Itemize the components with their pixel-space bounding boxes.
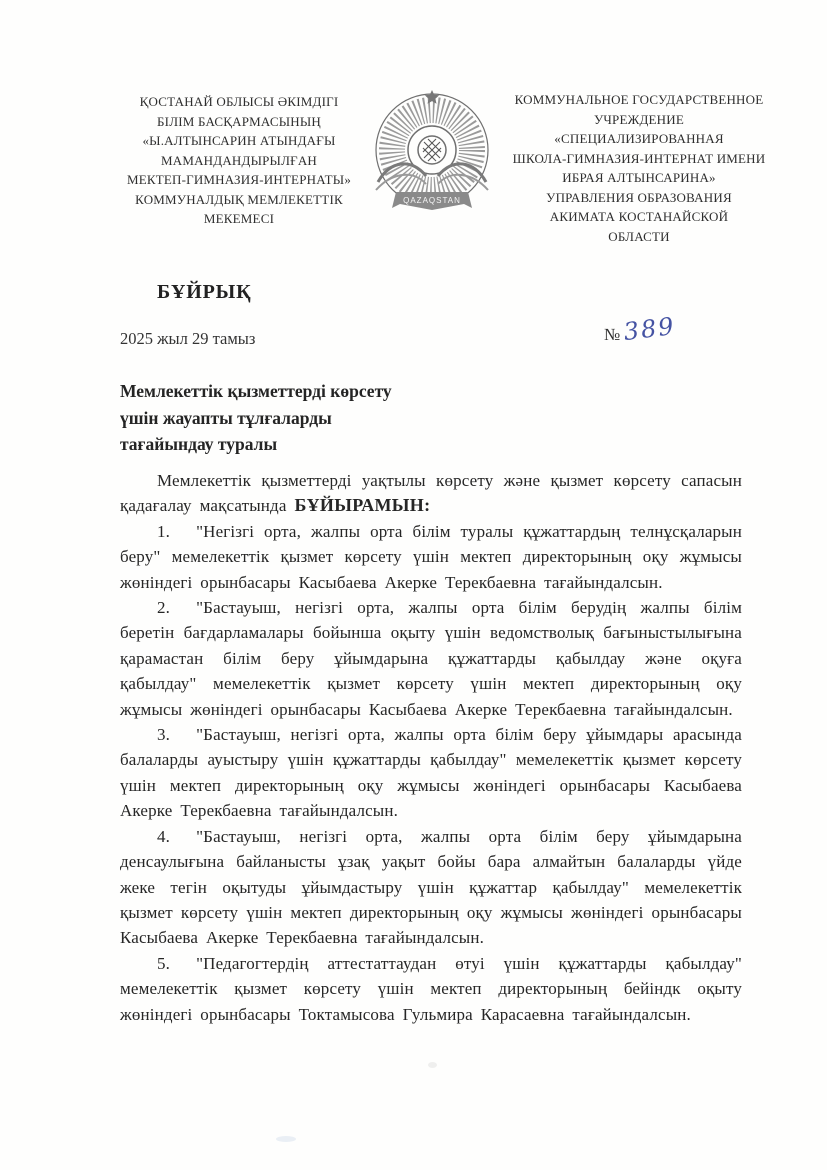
item-text: "Бастауыш, негізгі орта, жалпы орта білі… [120,827,742,948]
emblem-shanyrak [423,139,441,161]
org-line: ОБЛАСТИ [478,227,800,247]
document-body: Мемлекеттік қызметтерді уақтылы көрсету … [120,468,742,1027]
intro-paragraph: Мемлекеттік қызметтерді уақтылы көрсету … [120,468,742,519]
document-number: № 389 [604,318,676,346]
item-text: "Педагогтердің аттестаттаудан өтуі үшін … [120,954,742,1024]
item-number: 5. [157,954,196,973]
item-text: "Бастауыш, негізгі орта, жалпы орта білі… [120,598,742,719]
item-text: "Негізгі орта, жалпы орта білім туралы қ… [120,522,742,592]
org-line: КОММУНАЛЬНОЕ ГОСУДАРСТВЕННОЕ [478,90,800,110]
item-number: 4. [157,827,196,846]
org-line: УПРАВЛЕНИЯ ОБРАЗОВАНИЯ [478,188,800,208]
subject-line: Мемлекеттік қызметтерді көрсету [120,378,520,405]
document-title: БҰЙРЫҚ [157,281,251,304]
order-item-1: 1."Негізгі орта, жалпы орта білім туралы… [120,519,742,595]
emblem-banner-text: QAZAQSTAN [403,196,461,205]
emblem-wings [376,164,488,190]
item-text: "Бастауыш, негізгі орта, жалпы орта білі… [120,725,742,820]
org-line: КОММУНАЛДЫҚ МЕМЛЕКЕТТІК [106,190,372,210]
scan-artifact-speck [428,1062,437,1068]
kazakhstan-coat-of-arms-icon: QAZAQSTAN [370,86,494,224]
handwritten-order-number: 389 [623,312,678,346]
item-number: 1. [157,522,196,541]
org-line: МЕКЕМЕСІ [106,209,372,229]
number-sign: № [604,325,620,344]
subject-line: тағайындау туралы [120,431,520,458]
org-line: ШКОЛА-ГИМНАЗИЯ-ИНТЕРНАТ ИМЕНИ [478,149,800,169]
intro-text: Мемлекеттік қызметтерді уақтылы көрсету … [120,471,742,515]
emblem-graphic: QAZAQSTAN [370,86,494,224]
org-name-kazakh: ҚОСТАНАЙ ОБЛЫСЫ ӘКІМДІГІ БІЛІМ БАСҚАРМАС… [106,92,372,229]
org-line: «Ы.АЛТЫНСАРИН АТЫНДАҒЫ [106,131,372,151]
org-line: ҚОСТАНАЙ ОБЛЫСЫ ӘКІМДІГІ [106,92,372,112]
org-line: МАМАНДАНДЫРЫЛҒАН [106,151,372,171]
document-date: 2025 жыл 29 тамыз [120,329,255,349]
org-line: АКИМАТА КОСТАНАЙСКОЙ [478,207,800,227]
org-line: МЕКТЕП-ГИМНАЗИЯ-ИНТЕРНАТЫ» [106,170,372,190]
org-line: «СПЕЦИАЛИЗИРОВАННАЯ [478,129,800,149]
scanned-order-document: ҚОСТАНАЙ ОБЛЫСЫ ӘКІМДІГІ БІЛІМ БАСҚАРМАС… [0,0,827,1170]
org-name-russian: КОММУНАЛЬНОЕ ГОСУДАРСТВЕННОЕ УЧРЕЖДЕНИЕ … [478,90,800,246]
document-subject: Мемлекеттік қызметтерді көрсету үшін жау… [120,378,520,458]
subject-line: үшін жауапты тұлғаларды [120,405,520,432]
emblem-star [425,90,439,104]
order-item-2: 2."Бастауыш, негізгі орта, жалпы орта бі… [120,595,742,722]
intro-resolve-word: БҰЙЫРАМЫН: [294,495,430,515]
item-number: 3. [157,725,196,744]
item-number: 2. [157,598,196,617]
order-item-4: 4."Бастауыш, негізгі орта, жалпы орта бі… [120,824,742,951]
scan-artifact-smudge [276,1136,296,1142]
org-line: ИБРАЯ АЛТЫНСАРИНА» [478,168,800,188]
order-item-5: 5."Педагогтердің аттестаттаудан өтуі үші… [120,951,742,1027]
org-line: БІЛІМ БАСҚАРМАСЫНЫҢ [106,112,372,132]
order-item-3: 3."Бастауыш, негізгі орта, жалпы орта бі… [120,722,742,824]
org-line: УЧРЕЖДЕНИЕ [478,110,800,130]
